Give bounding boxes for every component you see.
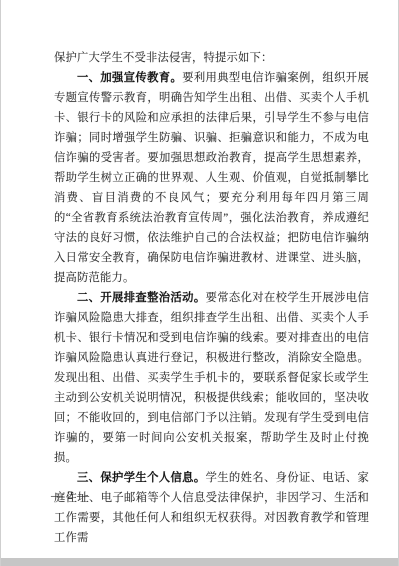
body-text: 要常态化对在校学生开展涉电信诈骗风险隐患大排查，组织排查学生出租、出借、买卖个人… (54, 292, 369, 464)
paragraph-continuation-line: 保护广大学生不受非法侵害，特提示如下： (54, 48, 369, 68)
scanned-document-page: 保护广大学生不受非法侵害，特提示如下：一、加强宣传教育。要利用典型电信诈骗案例，… (0, 0, 399, 566)
page-bottom-edge (1, 558, 398, 566)
page-number: — 2 — (51, 488, 90, 502)
body-text: 保护广大学生不受非法侵害，特提示如下： (54, 52, 272, 64)
document-body: 保护广大学生不受非法侵害，特提示如下：一、加强宣传教育。要利用典型电信诈骗案例，… (54, 48, 369, 548)
paragraph-section-3: 三、保护学生个人信息。学生的姓名、身份证、电话、家庭住址、电子邮箱等个人信息受法… (54, 468, 369, 548)
paragraph-section-2: 二、开展排查整治活动。要常态化对在校学生开展涉电信诈骗风险隐患大排查，组织排查学… (54, 288, 369, 468)
section-heading: 二、开展排查整治活动。 (77, 292, 206, 304)
section-heading: 三、保护学生个人信息。 (77, 472, 206, 484)
body-text: 要利用典型电信诈骗案例，组织开展专题宣传警示教育，明确告知学生出租、出借、买卖个… (54, 72, 369, 284)
section-heading: 一、加强宣传教育。 (77, 72, 182, 84)
paragraph-section-1: 一、加强宣传教育。要利用典型电信诈骗案例，组织开展专题宣传警示教育，明确告知学生… (54, 68, 369, 288)
